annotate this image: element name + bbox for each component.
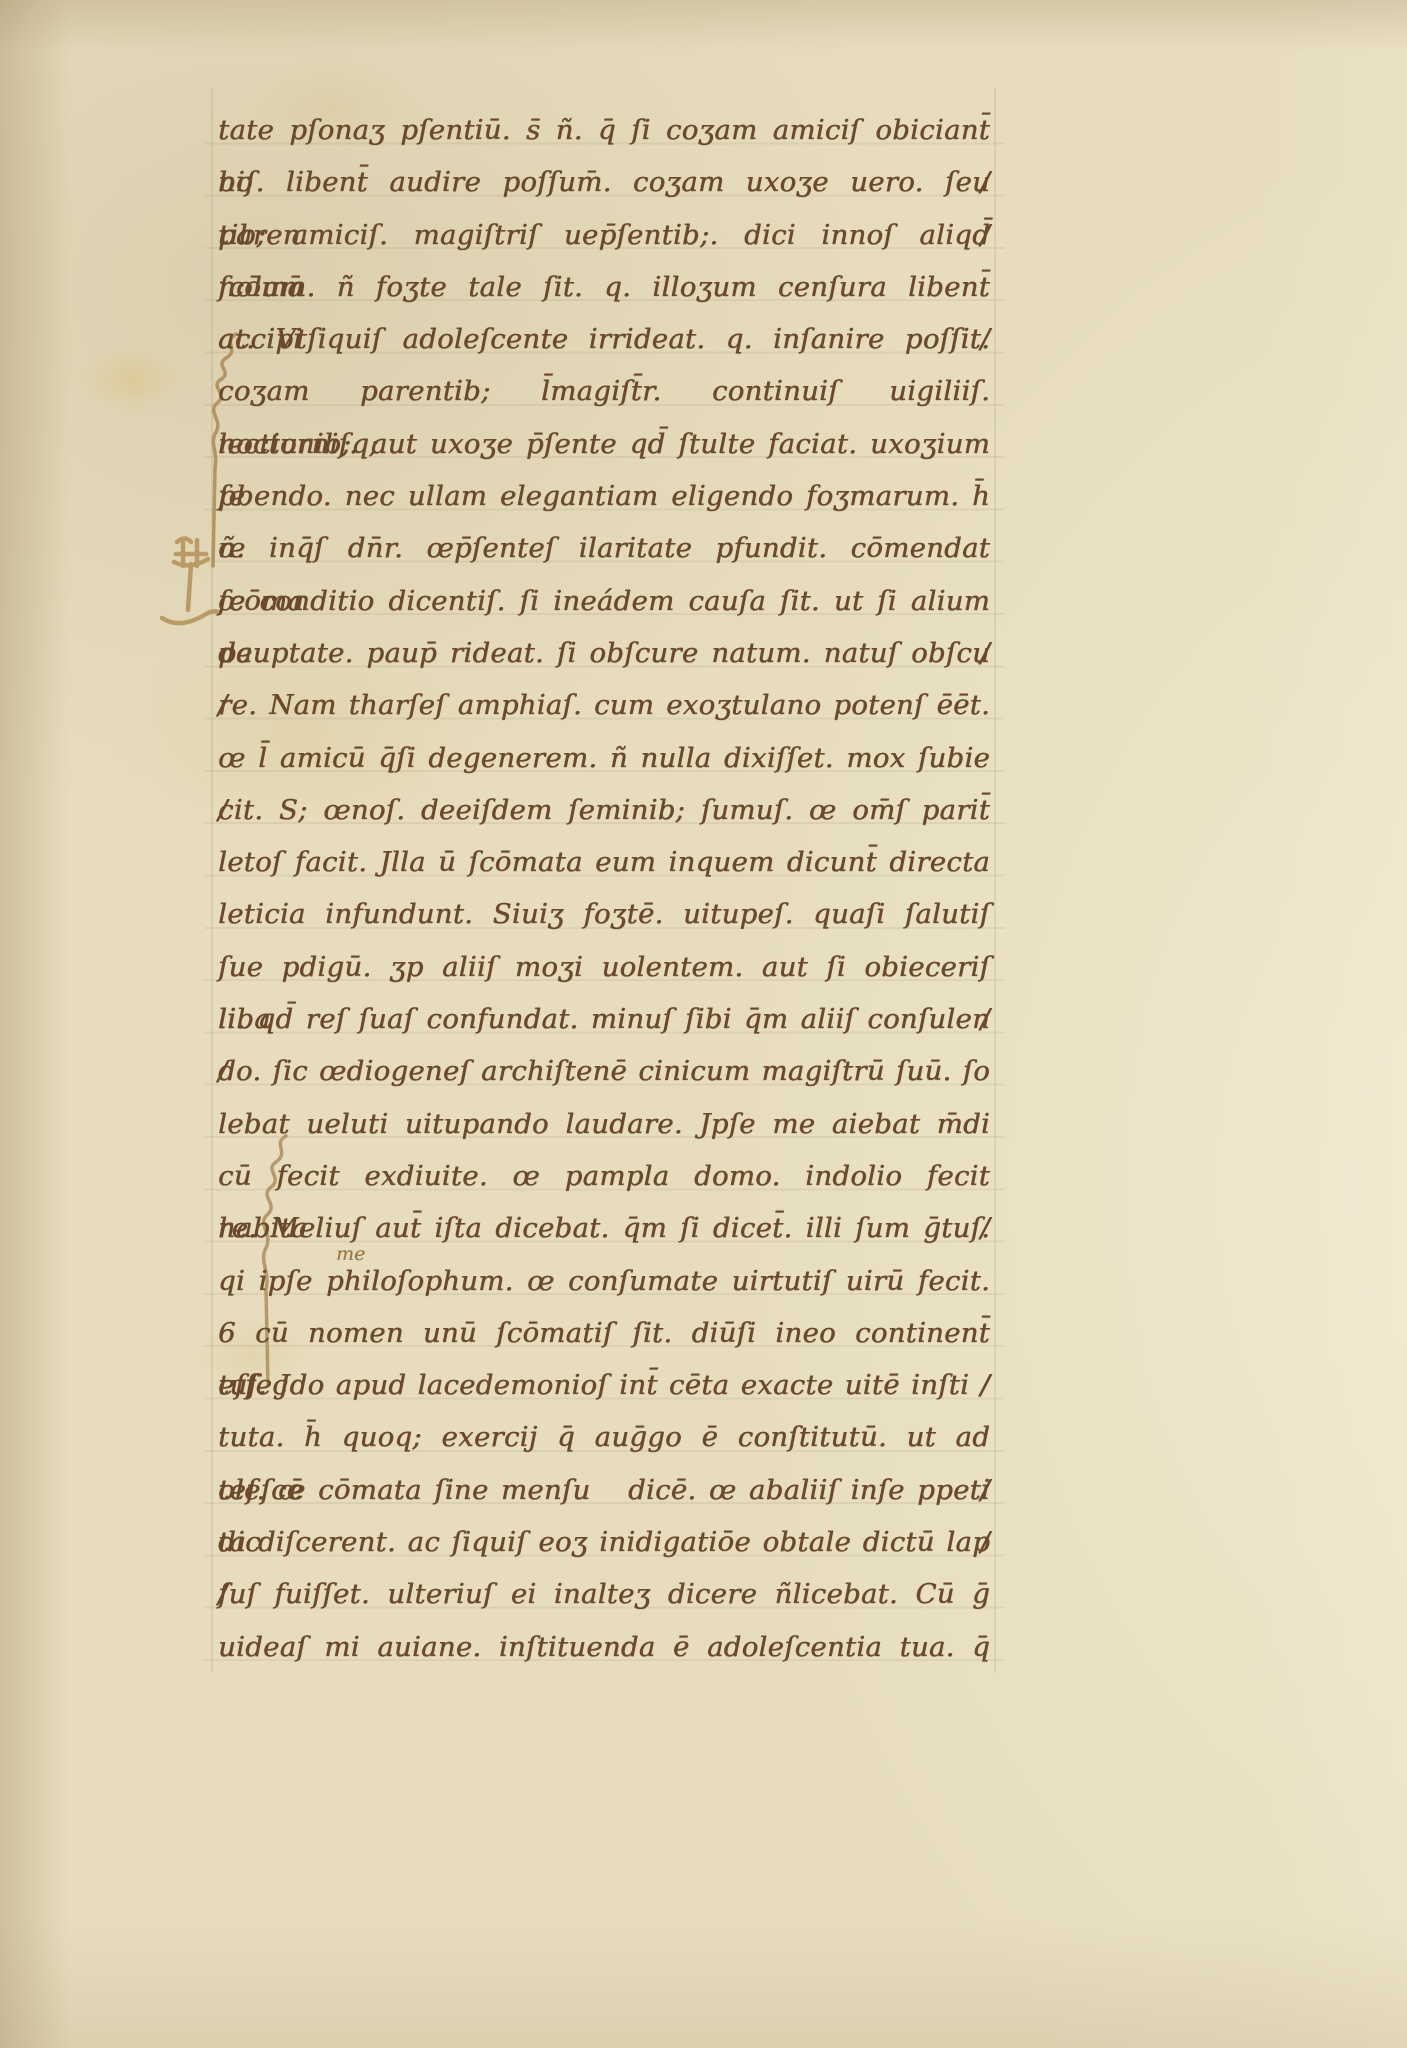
manuscript-line: tuſ. Jdo apud lacedemonioſ int̄ cēta exa… <box>218 1359 990 1411</box>
manuscript-line: ſue pdigū. ʒp aliiſ moʒi uolentem. aut ſ… <box>218 941 990 993</box>
manuscript-line: qi ipſe philoſophum. œ conſumate uirtuti… <box>218 1255 990 1307</box>
manuscript-line: re. Nam tharſeſ amphiaſ. cum exoʒtulano … <box>218 679 990 731</box>
manuscript-line: tate pſonaʒ pſentiū. s̄ ñ. q̄ ſi coʒam a… <box>218 104 990 156</box>
manuscript-line: coʒam parentib; l̄magiſt̄r. continuiſ ui… <box>218 365 990 417</box>
manuscript-line: pauptate. paup̄ rideat. ſi obſcure natum… <box>218 627 990 679</box>
manuscript-line: teſ. œ cōmata ſine menſu dicē. œ abaliiſ… <box>218 1464 990 1516</box>
manuscript-page: me tate pſonaʒ pſentiū. s̄ ñ. q̄ ſi coʒa… <box>0 0 1407 2048</box>
manuscript-line: pbendo. nec ullam elegantiam eligendo fo… <box>218 470 990 522</box>
manuscript-line: biſ. libent̄ audire poſſum̄. coʒam uxoʒe… <box>218 156 990 208</box>
manuscript-line: ta diſcerent. ac ſiquiſ eoʒ inidigatiōe … <box>218 1516 990 1568</box>
manuscript-line: nocturniſ. aut uxoʒe p̄ſente qd̄ ſtulte … <box>218 418 990 470</box>
manuscript-line: tib; amiciſ. magiſtriſ uep̄ſentib;. dici… <box>218 209 990 261</box>
manuscript-text-block: tate pſonaʒ pſentiū. s̄ ñ. q̄ ſi coʒam a… <box>218 104 990 1673</box>
manuscript-line: do. ſic œdiogeneſ archiſtenē cinicum mag… <box>218 1045 990 1097</box>
manuscript-line: li. qd̄ reſ ſuaſ confundat. minuſ ſibi q… <box>218 993 990 1045</box>
manuscript-line: œ l̄ amicū q̄ſi degenerem. ñ nulla dixiſ… <box>218 732 990 784</box>
manuscript-line: re. Meliuſ aut̄ iſta dicebat. q̄m ſi dic… <box>218 1202 990 1254</box>
manuscript-line: ſuſ fuiſſet. ulteriuſ ei inalteʒ dicere … <box>218 1568 990 1620</box>
manuscript-line: at. Vtſiquiſ adoleſcente irrideat. q. in… <box>218 313 990 365</box>
manuscript-line: lebat ueluti uitupando laudare. Jpſe me … <box>218 1098 990 1150</box>
manuscript-line: nolum̄. ñ foʒte tale ſit. q. illoʒum cen… <box>218 261 990 313</box>
manuscript-line: œ conditio dicentiſ. ſi ineádem cauſa ſi… <box>218 575 990 627</box>
manuscript-line: uideaſ mi auiane. inſtituenda ē adoleſce… <box>218 1621 990 1673</box>
manuscript-line: cū fecit exdiuite. œ pampla domo. indoli… <box>218 1150 990 1202</box>
manuscript-line: œ inq̄ſ dn̄r. œp̄ſenteſ ilaritate pfundi… <box>218 522 990 574</box>
manuscript-line: leticia infundunt. Siuiʒ foʒtē. uitupeſ.… <box>218 888 990 940</box>
manuscript-line: letoſ facit. Jlla ū ſcōmata eum inquem d… <box>218 836 990 888</box>
manuscript-line: 6 cū nomen unū ſcōmatiſ ſit. diūſi ineo … <box>218 1307 990 1359</box>
manuscript-line: cit. S; œnoſ. deeiſdem ſeminib; ſumuſ. œ… <box>218 784 990 836</box>
left-margin-rule <box>211 88 213 1673</box>
manuscript-line: tuta. h̄ quoq; exercij q̄ auḡgo ē conſti… <box>218 1411 990 1463</box>
